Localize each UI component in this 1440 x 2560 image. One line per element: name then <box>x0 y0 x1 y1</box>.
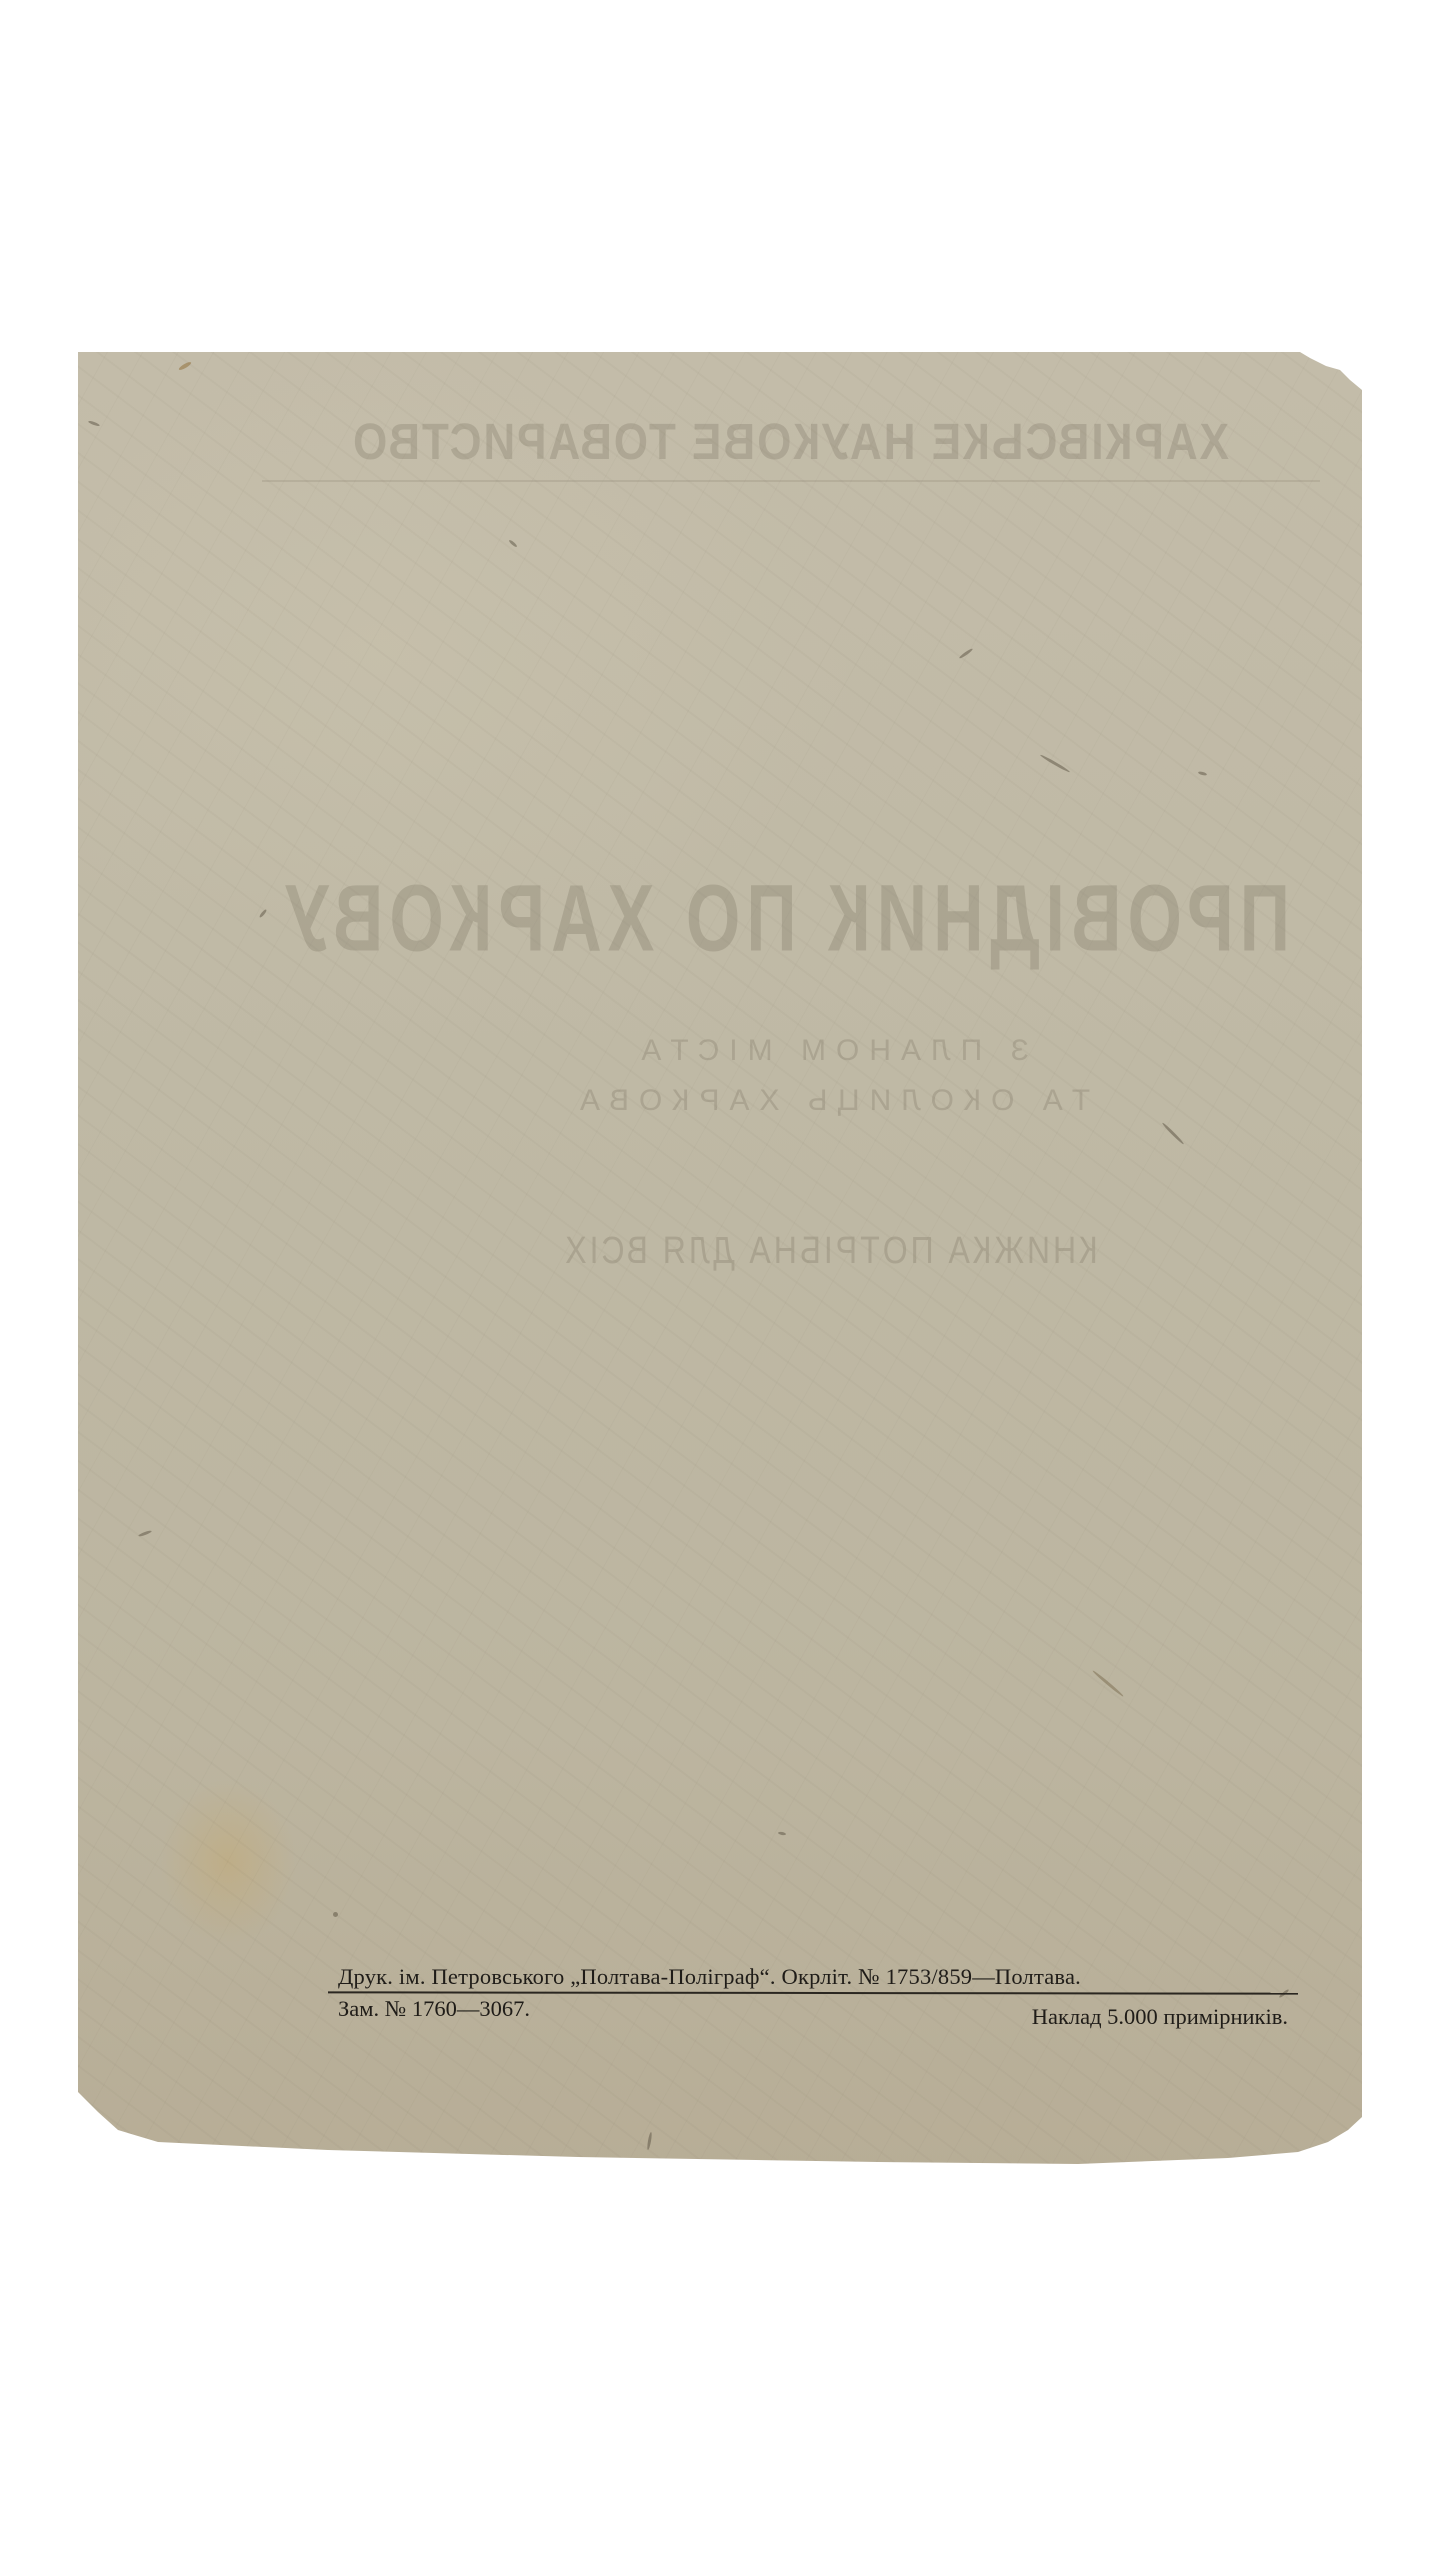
paper-fleck <box>178 361 192 371</box>
imprint-details-row: Зам. № 1760—3067. Наклад 5.000 примірник… <box>338 1994 1288 2032</box>
show-through-rule <box>262 480 1320 482</box>
show-through-tagline: КНИЖКА ПОТРІБНА ДЛЯ ВСІХ <box>480 1228 1180 1272</box>
imprint-printer-line: Друк. ім. Петровського „Полтава-Поліграф… <box>338 1962 1288 1992</box>
paper-fleck <box>333 1912 338 1917</box>
paper-fleck <box>88 420 100 427</box>
paper-fleck <box>259 909 268 919</box>
imprint-order-number: Зам. № 1760—3067. <box>338 1994 530 2032</box>
paper-fleck <box>1092 1669 1125 1697</box>
show-through-publisher: ХАРКІВСЬКЕ НАУКОВЕ ТОВАРИСТВО <box>260 414 1320 472</box>
paper-fleck <box>959 648 974 660</box>
show-through-subtitle-2: ТА ОКОЛИЦЬ ХАРКОВА <box>470 1084 1190 1118</box>
paper-fleck <box>778 1831 786 1835</box>
paper-fleck <box>1161 1122 1184 1145</box>
show-through-subtitle-1: З ПЛАНОМ МІСТА <box>470 1034 1190 1068</box>
imprint-print-run: Наклад 5.000 примірників. <box>1032 2002 1288 2032</box>
paper-fleck <box>646 2132 652 2150</box>
show-through-title: ПРОВІДНИК ПО ХАРКОВУ <box>330 864 1290 972</box>
paper-fleck <box>508 539 518 548</box>
paper-fleck <box>1198 771 1207 776</box>
paper-fleck <box>1040 754 1071 774</box>
paper-fleck <box>138 1530 152 1538</box>
printer-imprint: Друк. ім. Петровського „Полтава-Поліграф… <box>338 1962 1288 2032</box>
